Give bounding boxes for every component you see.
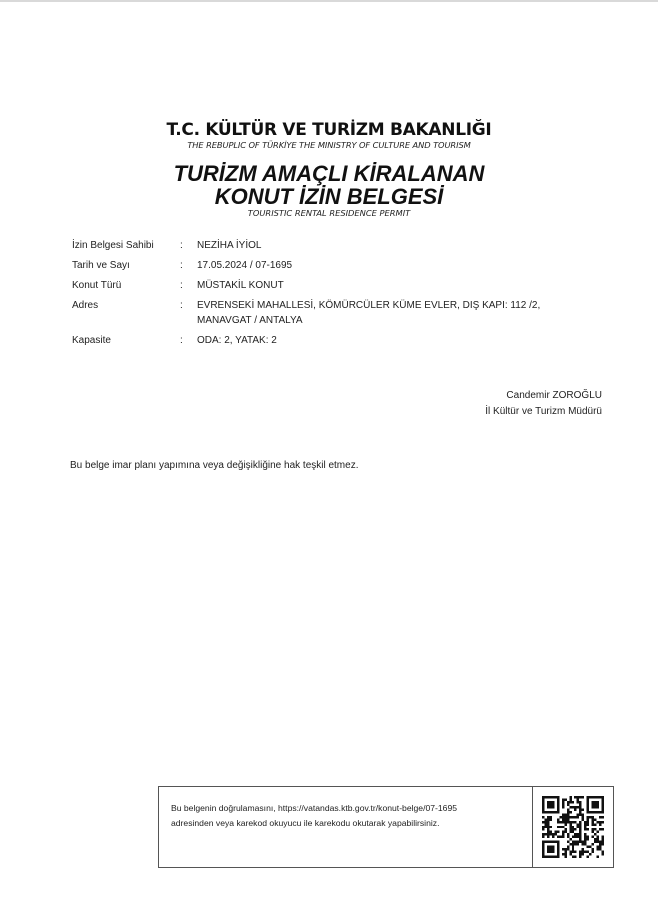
qr-code-icon — [542, 796, 604, 858]
signatory-name: Candemir ZOROĞLU — [485, 388, 602, 404]
field-separator: : — [180, 333, 197, 348]
field-value-residence-type: MÜSTAKİL KONUT — [197, 278, 592, 293]
zoning-note: Bu belge imar planı yapımına veya değişi… — [70, 460, 358, 471]
page-top-edge — [0, 0, 658, 2]
field-value-owner: NEZİHA İYİOL — [197, 238, 592, 253]
field-separator: : — [180, 278, 197, 293]
verification-line1: Bu belgenin doğrulamasını, https://vatan… — [171, 801, 520, 816]
address-line1: EVRENSEKİ MAHALLESİ, KÖMÜRCÜLER KÜME EVL… — [197, 298, 592, 313]
field-row-capacity: Kapasite : ODA: 2, YATAK: 2 — [72, 333, 592, 348]
field-row-owner: İzin Belgesi Sahibi : NEZİHA İYİOL — [72, 238, 592, 253]
field-row-address: Adres : EVRENSEKİ MAHALLESİ, KÖMÜRCÜLER … — [72, 298, 592, 328]
field-row-residence-type: Konut Türü : MÜSTAKİL KONUT — [72, 278, 592, 293]
document-subtitle: TOURISTIC RENTAL RESIDENCE PERMIT — [0, 208, 658, 218]
field-row-date-number: Tarih ve Sayı : 17.05.2024 / 07-1695 — [72, 258, 592, 273]
ministry-subtitle: THE REBUPLIC OF TÜRKİYE THE MINISTRY OF … — [0, 140, 658, 150]
document-title-line2: KONUT İZİN BELGESİ — [0, 184, 658, 210]
qr-cell — [532, 787, 613, 867]
verification-text: Bu belgenin doğrulamasını, https://vatan… — [159, 787, 532, 867]
field-separator: : — [180, 258, 197, 273]
signature-block: Candemir ZOROĞLU İl Kültür ve Turizm Müd… — [485, 388, 602, 420]
field-value-address: EVRENSEKİ MAHALLESİ, KÖMÜRCÜLER KÜME EVL… — [197, 298, 592, 328]
address-line2: MANAVGAT / ANTALYA — [197, 313, 592, 328]
field-label: Konut Türü — [72, 278, 180, 293]
permit-fields: İzin Belgesi Sahibi : NEZİHA İYİOL Tarih… — [72, 238, 592, 353]
signatory-title: İl Kültür ve Turizm Müdürü — [485, 404, 602, 420]
field-separator: : — [180, 238, 197, 253]
field-value-capacity: ODA: 2, YATAK: 2 — [197, 333, 592, 348]
verification-box: Bu belgenin doğrulamasını, https://vatan… — [158, 786, 614, 868]
field-label: Tarih ve Sayı — [72, 258, 180, 273]
ministry-title: T.C. KÜLTÜR VE TURİZM BAKANLIĞI — [0, 120, 658, 140]
field-value-date-number: 17.05.2024 / 07-1695 — [197, 258, 592, 273]
verification-line2: adresinden veya karekod okuyucu ile kare… — [171, 816, 520, 831]
field-label: Kapasite — [72, 333, 180, 348]
field-separator: : — [180, 298, 197, 313]
field-label: İzin Belgesi Sahibi — [72, 238, 180, 253]
field-label: Adres — [72, 298, 180, 313]
